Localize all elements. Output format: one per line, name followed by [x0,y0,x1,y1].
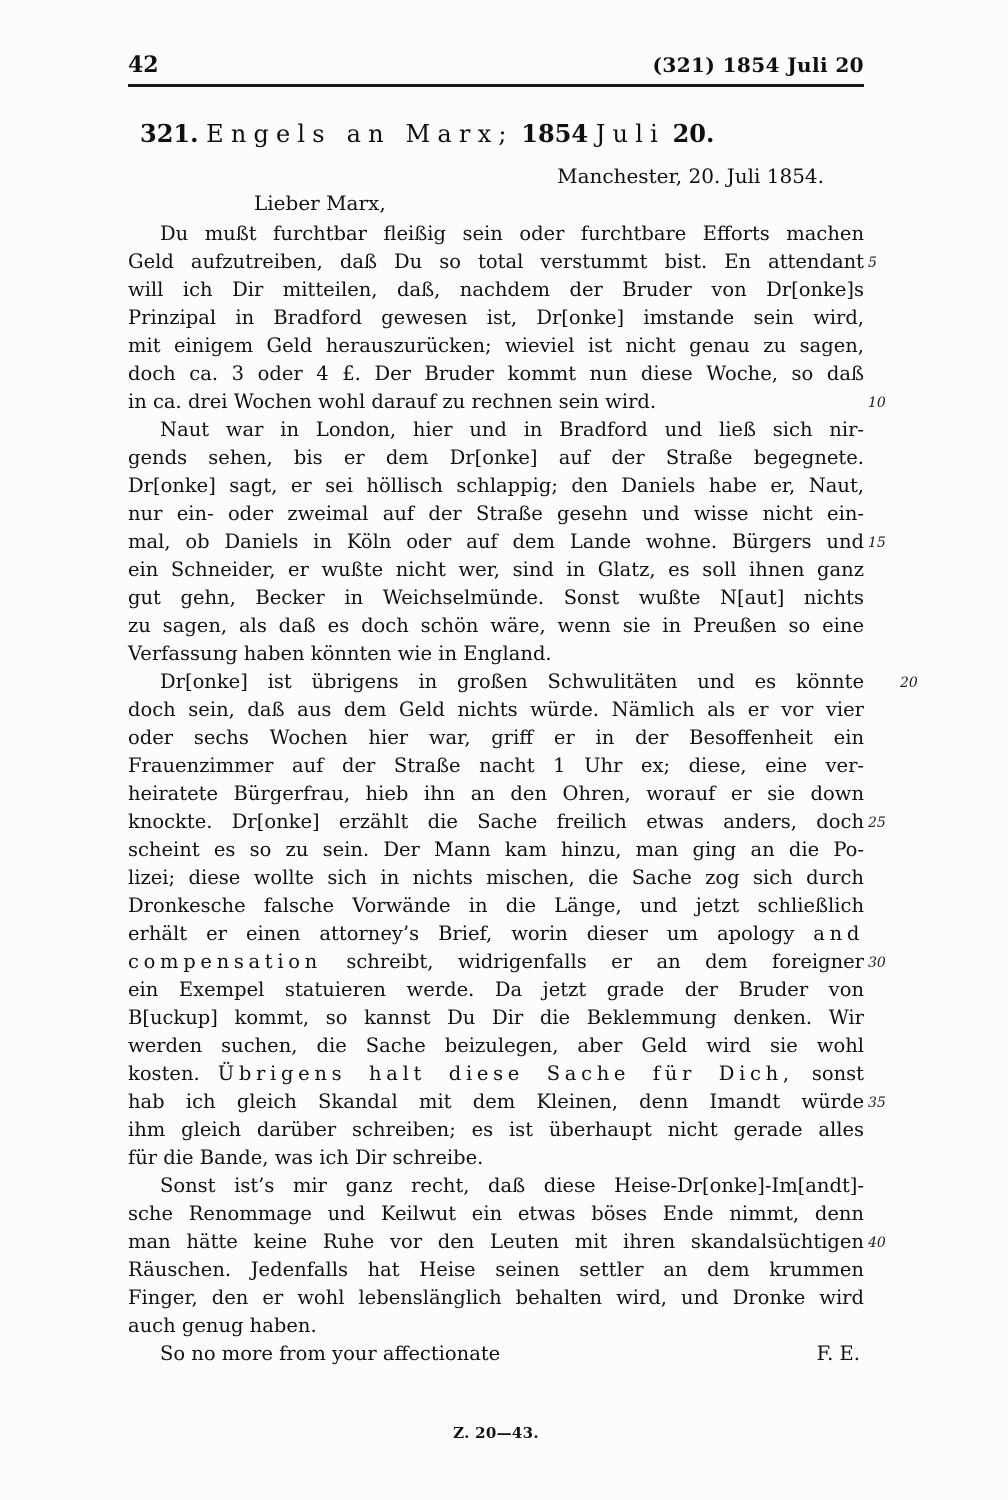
text-line: sche Renommage und Keilwut ein etwas bös… [128,1200,864,1228]
title-segment: 20. [673,119,715,148]
line-text: schreibt, widrigenfalls er an dem foreig… [322,950,864,973]
text-line: in ca. drei Wochen wohl darauf zu rechne… [128,388,864,416]
line-text: Sonst ist’s mir ganz recht, daß diese He… [160,1174,864,1197]
margin-line-number: 40 [868,1229,902,1257]
text-line: Frauenzimmer auf der Straße nacht 1 Uhr … [128,752,864,780]
text-line: Prinzipal in Bradford gewesen ist, Dr[on… [128,304,864,332]
text-line: ihm gleich darüber schreiben; es ist übe… [128,1116,864,1144]
text-line: mit einigem Geld herauszurücken; wieviel… [128,332,864,360]
text-line: knockte. Dr[onke] erzählt die Sache frei… [128,808,864,836]
closing-line: So no more from your affectionate F. E. [128,1340,864,1368]
date-line: Manchester, 20. Juli 1854. [128,164,864,188]
title-segment [198,120,206,148]
line-text: Naut war in London, hier und in Bradford… [160,418,864,441]
line-text: gut gehn, Becker in Weichselmünde. Sonst… [128,586,864,609]
line-text: Dronkesche falsche Vorwände in die Länge… [128,894,864,917]
closing-text: So no more from your affectionate [128,1340,500,1368]
line-text: zu sagen, als daß es doch schön wäre, we… [128,614,864,637]
margin-line-number: 10 [868,389,902,417]
line-text: gends sehen, bis er dem Dr[onke] auf der… [128,446,864,469]
text-line: kosten. Übrigens halt diese Sache für Di… [128,1060,864,1088]
letterspaced-emphasis: and [813,922,864,945]
page-footer: Z. 20—43. [128,1424,864,1442]
line-text: kosten. [128,1062,218,1085]
line-text: knockte. Dr[onke] erzählt die Sache frei… [128,810,864,833]
line-text: sonst [794,1062,864,1085]
margin-line-number: 35 [868,1089,902,1117]
line-text: mal, ob Daniels in Köln oder auf dem Lan… [128,530,864,553]
line-text: man hätte keine Ruhe vor den Leuten mit … [128,1230,864,1253]
text-line: Sonst ist’s mir ganz recht, daß diese He… [128,1172,864,1200]
line-text: Finger, den er wohl lebenslänglich behal… [128,1286,864,1309]
title-segment [588,120,596,148]
line-text: Geld aufzutreiben, daß Du so total verst… [128,250,864,273]
line-text: nur ein- oder zweimal auf der Straße ges… [128,502,864,525]
line-text: Räuschen. Jedenfalls hat Heise seinen se… [128,1258,864,1281]
text-line: erhält er einen attorney’s Brief, worin … [128,920,864,948]
header-rule [128,84,864,87]
line-text: Frauenzimmer auf der Straße nacht 1 Uhr … [128,754,864,777]
text-line: doch ca. 3 oder 4 £. Der Bruder kommt nu… [128,360,864,388]
text-line: Naut war in London, hier und in Bradford… [128,416,864,444]
margin-line-number: 30 [868,949,902,977]
line-text: heiratete Bürgerfrau, hieb ihn an den Oh… [128,782,864,805]
text-line: für die Bande, was ich Dir schreibe. [128,1144,864,1172]
text-line: Dr[onke] ist übrigens in großen Schwulit… [128,668,864,696]
line-text: doch sein, daß aus dem Geld nichts würde… [128,698,864,721]
text-line: nur ein- oder zweimal auf der Straße ges… [128,500,864,528]
text-line: doch sein, daß aus dem Geld nichts würde… [128,696,864,724]
text-line: gut gehn, Becker in Weichselmünde. Sonst… [128,584,864,612]
line-text: auch genug haben. [128,1314,317,1337]
text-line: zu sagen, als daß es doch schön wäre, we… [128,612,864,640]
book-page: 42 (321) 1854 Juli 20 321. Engels an Mar… [0,0,1008,1500]
line-text: sche Renommage und Keilwut ein etwas bös… [128,1202,864,1225]
title-segment: 321. [140,119,198,148]
text-line: lizei; diese wollte sich in nichts misch… [128,864,864,892]
margin-line-number: 5 [868,249,902,277]
line-text: ein Exempel statuieren werde. Da jetzt g… [128,978,864,1001]
line-text: doch ca. 3 oder 4 £. Der Bruder kommt nu… [128,362,864,385]
text-column: 42 (321) 1854 Juli 20 321. Engels an Mar… [128,0,864,1442]
title-segment: 1854 [521,119,588,148]
title-segment [665,120,673,148]
line-text: Du mußt furchtbar fleißig sein oder furc… [160,222,864,245]
page-header: 42 (321) 1854 Juli 20 [128,0,864,78]
margin-line-number: 15 [868,529,902,557]
text-line: hab ich gleich Skandal mit dem Kleinen, … [128,1088,864,1116]
salutation: Lieber Marx, [128,191,864,215]
text-line: ein Schneider, er wußte nicht wer, sind … [128,556,864,584]
text-line: Dronkesche falsche Vorwände in die Länge… [128,892,864,920]
text-line: auch genug haben. [128,1312,864,1340]
text-line: ein Exempel statuieren werde. Da jetzt g… [128,976,864,1004]
text-line: mal, ob Daniels in Köln oder auf dem Lan… [128,528,864,556]
line-text: Prinzipal in Bradford gewesen ist, Dr[on… [128,306,864,329]
line-text: Dr[onke] sagt, er sei höllisch schlappig… [128,474,864,497]
text-line: oder sechs Wochen hier war, griff er in … [128,724,864,752]
letter-body: Du mußt furchtbar fleißig sein oder furc… [128,220,864,1340]
page-number: 42 [128,52,159,78]
margin-line-number: 20 [868,669,902,697]
title-segment: Engels an Marx; [206,120,514,148]
text-line: compensation schreibt, widrigenfalls er … [128,948,864,976]
line-text: will ich Dir mitteilen, daß, nachdem der… [128,278,864,301]
signature: F. E. [817,1340,864,1368]
line-text: hab ich gleich Skandal mit dem Kleinen, … [128,1090,864,1113]
letterspaced-emphasis: Übrigens halt diese Sache für Dich, [218,1062,794,1085]
letterspaced-emphasis: compensation [128,950,322,973]
text-line: Räuschen. Jedenfalls hat Heise seinen se… [128,1256,864,1284]
line-text: oder sechs Wochen hier war, griff er in … [128,726,864,749]
text-line: Dr[onke] sagt, er sei höllisch schlappig… [128,472,864,500]
text-line: Finger, den er wohl lebenslänglich behal… [128,1284,864,1312]
text-line: Du mußt furchtbar fleißig sein oder furc… [128,220,864,248]
line-text: Dr[onke] ist übrigens in großen Schwulit… [160,670,864,693]
text-line: scheint es so zu sein. Der Mann kam hinz… [128,836,864,864]
text-line: werden suchen, die Sache beizulegen, abe… [128,1032,864,1060]
line-text: mit einigem Geld herauszurücken; wieviel… [128,334,864,357]
line-text: werden suchen, die Sache beizulegen, abe… [128,1034,864,1057]
title-segment: Juli [596,120,665,148]
text-line: Verfassung haben könnten wie in England. [128,640,864,668]
line-text: ihm gleich darüber schreiben; es ist übe… [128,1118,864,1141]
text-line: gends sehen, bis er dem Dr[onke] auf der… [128,444,864,472]
letter-title: 321. Engels an Marx; 1854 Juli 20. [128,119,864,148]
line-text: ein Schneider, er wußte nicht wer, sind … [128,558,864,581]
line-text: für die Bande, was ich Dir schreibe. [128,1146,483,1169]
text-line: heiratete Bürgerfrau, hieb ihn an den Oh… [128,780,864,808]
text-line: B[uckup] kommt, so kannst Du Dir die Bek… [128,1004,864,1032]
margin-line-number: 25 [868,809,902,837]
running-title: (321) 1854 Juli 20 [653,53,864,77]
line-text: scheint es so zu sein. Der Mann kam hinz… [128,838,864,861]
line-text: in ca. drei Wochen wohl darauf zu rechne… [128,390,656,413]
text-line: will ich Dir mitteilen, daß, nachdem der… [128,276,864,304]
text-line: man hätte keine Ruhe vor den Leuten mit … [128,1228,864,1256]
line-text: erhält er einen attorney’s Brief, worin … [128,922,813,945]
line-text: B[uckup] kommt, so kannst Du Dir die Bek… [128,1006,864,1029]
line-text: lizei; diese wollte sich in nichts misch… [128,866,864,889]
text-line: Geld aufzutreiben, daß Du so total verst… [128,248,864,276]
line-text: Verfassung haben könnten wie in England. [128,642,552,665]
